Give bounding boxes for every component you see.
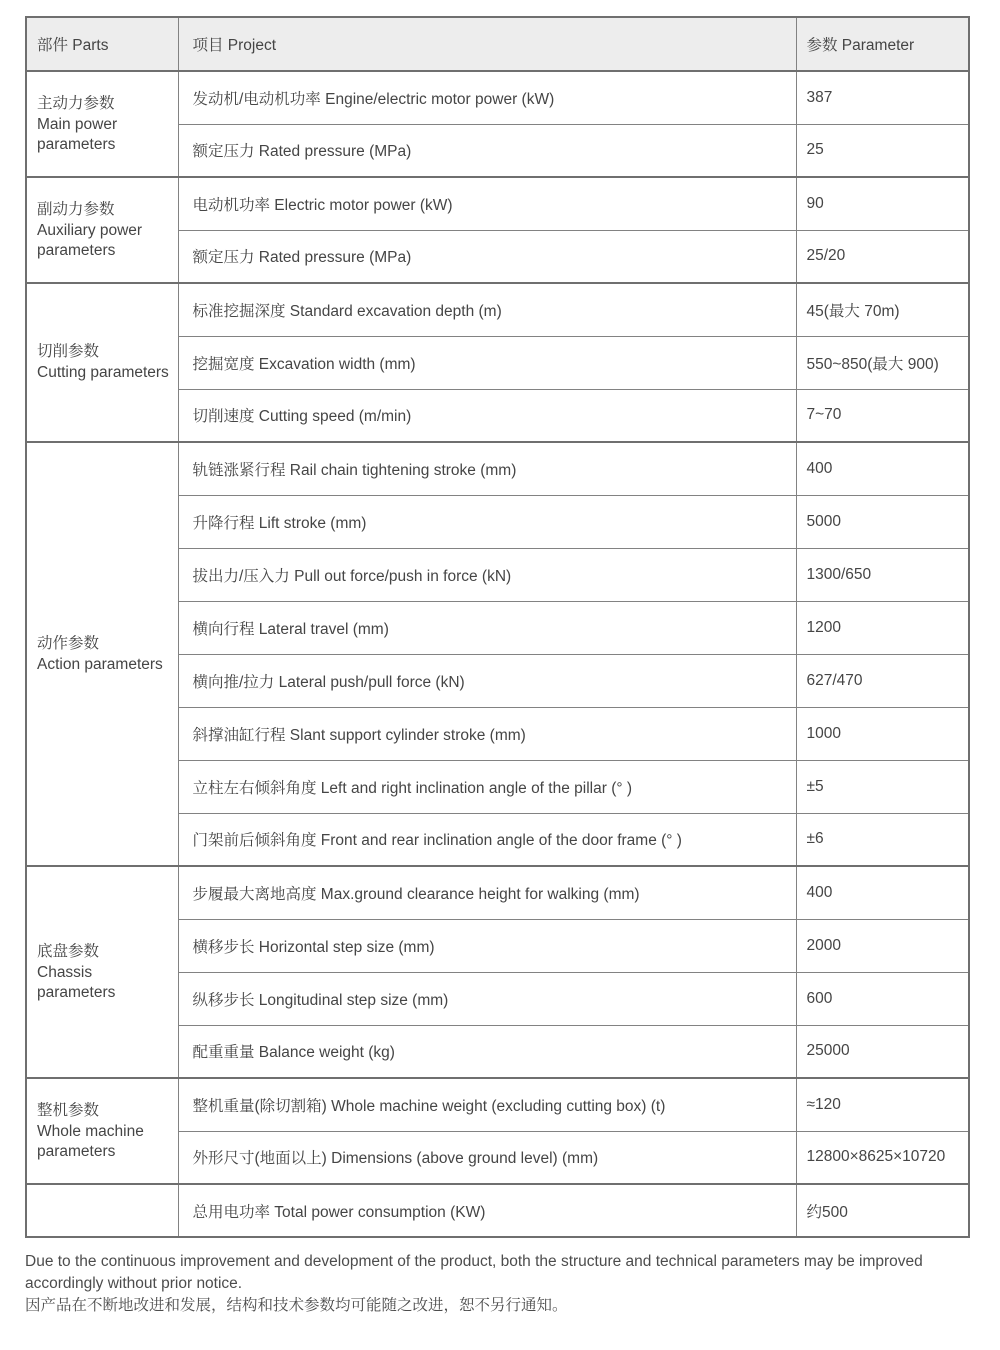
- column-header-parts: 部件 Parts: [26, 17, 178, 71]
- part-cell: 副动力参数Auxiliary power parameters: [26, 177, 178, 283]
- parameter-cell: 25000: [796, 1025, 969, 1078]
- project-cell: 整机重量(除切割箱) Whole machine weight (excludi…: [178, 1078, 796, 1131]
- part-label-en: Auxiliary power parameters: [37, 221, 170, 261]
- part-label-zh: 底盘参数: [37, 942, 170, 962]
- disclaimer-text-en: Due to the continuous improvement and de…: [25, 1251, 975, 1295]
- project-cell: 步履最大离地高度 Max.ground clearance height for…: [178, 866, 796, 919]
- header-row: 部件 Parts 项目 Project 参数 Parameter: [26, 17, 969, 71]
- part-label-en: Cutting parameters: [37, 363, 170, 383]
- project-cell: 挖掘宽度 Excavation width (mm): [178, 336, 796, 389]
- parameter-cell: 7~70: [796, 389, 969, 442]
- parameter-cell: 400: [796, 866, 969, 919]
- project-cell: 立柱左右倾斜角度 Left and right inclination angl…: [178, 760, 796, 813]
- part-label-zh: 主动力参数: [37, 94, 170, 114]
- part-cell: 动作参数Action parameters: [26, 442, 178, 866]
- parameter-cell: 约500: [796, 1184, 969, 1237]
- part-cell: 切削参数Cutting parameters: [26, 283, 178, 442]
- parameter-cell: 45(最大 70m): [796, 283, 969, 336]
- project-cell: 标准挖掘深度 Standard excavation depth (m): [178, 283, 796, 336]
- project-cell: 升降行程 Lift stroke (mm): [178, 495, 796, 548]
- table-row: 总用电功率 Total power consumption (KW)约500: [26, 1184, 969, 1237]
- part-cell: 整机参数Whole machine parameters: [26, 1078, 178, 1184]
- disclaimer: Due to the continuous improvement and de…: [25, 1251, 975, 1317]
- table-row: 整机参数Whole machine parameters整机重量(除切割箱) W…: [26, 1078, 969, 1131]
- parameter-cell: 400: [796, 442, 969, 495]
- parameter-cell: 627/470: [796, 654, 969, 707]
- project-cell: 拔出力/压入力 Pull out force/push in force (kN…: [178, 548, 796, 601]
- table-row: 底盘参数Chassis parameters步履最大离地高度 Max.groun…: [26, 866, 969, 919]
- spec-table: 部件 Parts 项目 Project 参数 Parameter 主动力参数Ma…: [25, 16, 970, 1238]
- project-cell: 斜撑油缸行程 Slant support cylinder stroke (mm…: [178, 707, 796, 760]
- column-header-project: 项目 Project: [178, 17, 796, 71]
- part-label-en: Main power parameters: [37, 115, 170, 155]
- project-cell: 额定压力 Rated pressure (MPa): [178, 124, 796, 177]
- part-label-zh: 动作参数: [37, 634, 170, 654]
- parameter-cell: 5000: [796, 495, 969, 548]
- parameter-cell: 387: [796, 71, 969, 124]
- part-label-zh: 副动力参数: [37, 200, 170, 220]
- project-cell: 横移步长 Horizontal step size (mm): [178, 919, 796, 972]
- project-cell: 外形尺寸(地面以上) Dimensions (above ground leve…: [178, 1131, 796, 1184]
- parameter-cell: 550~850(最大 900): [796, 336, 969, 389]
- spec-sheet-page: 部件 Parts 项目 Project 参数 Parameter 主动力参数Ma…: [25, 16, 975, 1317]
- project-cell: 横向推/拉力 Lateral push/pull force (kN): [178, 654, 796, 707]
- project-cell: 切削速度 Cutting speed (m/min): [178, 389, 796, 442]
- parameter-cell: 2000: [796, 919, 969, 972]
- project-cell: 总用电功率 Total power consumption (KW): [178, 1184, 796, 1237]
- part-cell: 底盘参数Chassis parameters: [26, 866, 178, 1078]
- project-cell: 门架前后倾斜角度 Front and rear inclination angl…: [178, 813, 796, 866]
- parameter-cell: 1200: [796, 601, 969, 654]
- column-header-parameter: 参数 Parameter: [796, 17, 969, 71]
- table-row: 动作参数Action parameters轨链涨紧行程 Rail chain t…: [26, 442, 969, 495]
- parameter-cell: ±5: [796, 760, 969, 813]
- parameter-cell: 600: [796, 972, 969, 1025]
- part-cell: 主动力参数Main power parameters: [26, 71, 178, 177]
- part-label-zh: 切削参数: [37, 342, 170, 362]
- part-label-en: Chassis parameters: [37, 963, 170, 1003]
- table-row: 主动力参数Main power parameters发动机/电动机功率 Engi…: [26, 71, 969, 124]
- parameter-cell: ≈120: [796, 1078, 969, 1131]
- project-cell: 发动机/电动机功率 Engine/electric motor power (k…: [178, 71, 796, 124]
- project-cell: 配重重量 Balance weight (kg): [178, 1025, 796, 1078]
- parameter-cell: 25/20: [796, 230, 969, 283]
- table-row: 切削参数Cutting parameters标准挖掘深度 Standard ex…: [26, 283, 969, 336]
- parameter-cell: 1300/650: [796, 548, 969, 601]
- parameter-cell: 25: [796, 124, 969, 177]
- project-cell: 横向行程 Lateral travel (mm): [178, 601, 796, 654]
- parameter-cell: 90: [796, 177, 969, 230]
- part-label-zh: 整机参数: [37, 1101, 170, 1121]
- project-cell: 电动机功率 Electric motor power (kW): [178, 177, 796, 230]
- parameter-cell: ±6: [796, 813, 969, 866]
- part-label-en: Action parameters: [37, 655, 170, 675]
- disclaimer-text-zh: 因产品在不断地改进和发展，结构和技术参数均可能随之改进，恕不另行通知。: [25, 1295, 975, 1317]
- parameter-cell: 1000: [796, 707, 969, 760]
- project-cell: 纵移步长 Longitudinal step size (mm): [178, 972, 796, 1025]
- parameter-cell: 12800×8625×10720: [796, 1131, 969, 1184]
- part-label-en: Whole machine parameters: [37, 1122, 170, 1162]
- part-cell: [26, 1184, 178, 1237]
- project-cell: 额定压力 Rated pressure (MPa): [178, 230, 796, 283]
- project-cell: 轨链涨紧行程 Rail chain tightening stroke (mm): [178, 442, 796, 495]
- spec-table-body: 主动力参数Main power parameters发动机/电动机功率 Engi…: [26, 71, 969, 1237]
- table-row: 副动力参数Auxiliary power parameters电动机功率 Ele…: [26, 177, 969, 230]
